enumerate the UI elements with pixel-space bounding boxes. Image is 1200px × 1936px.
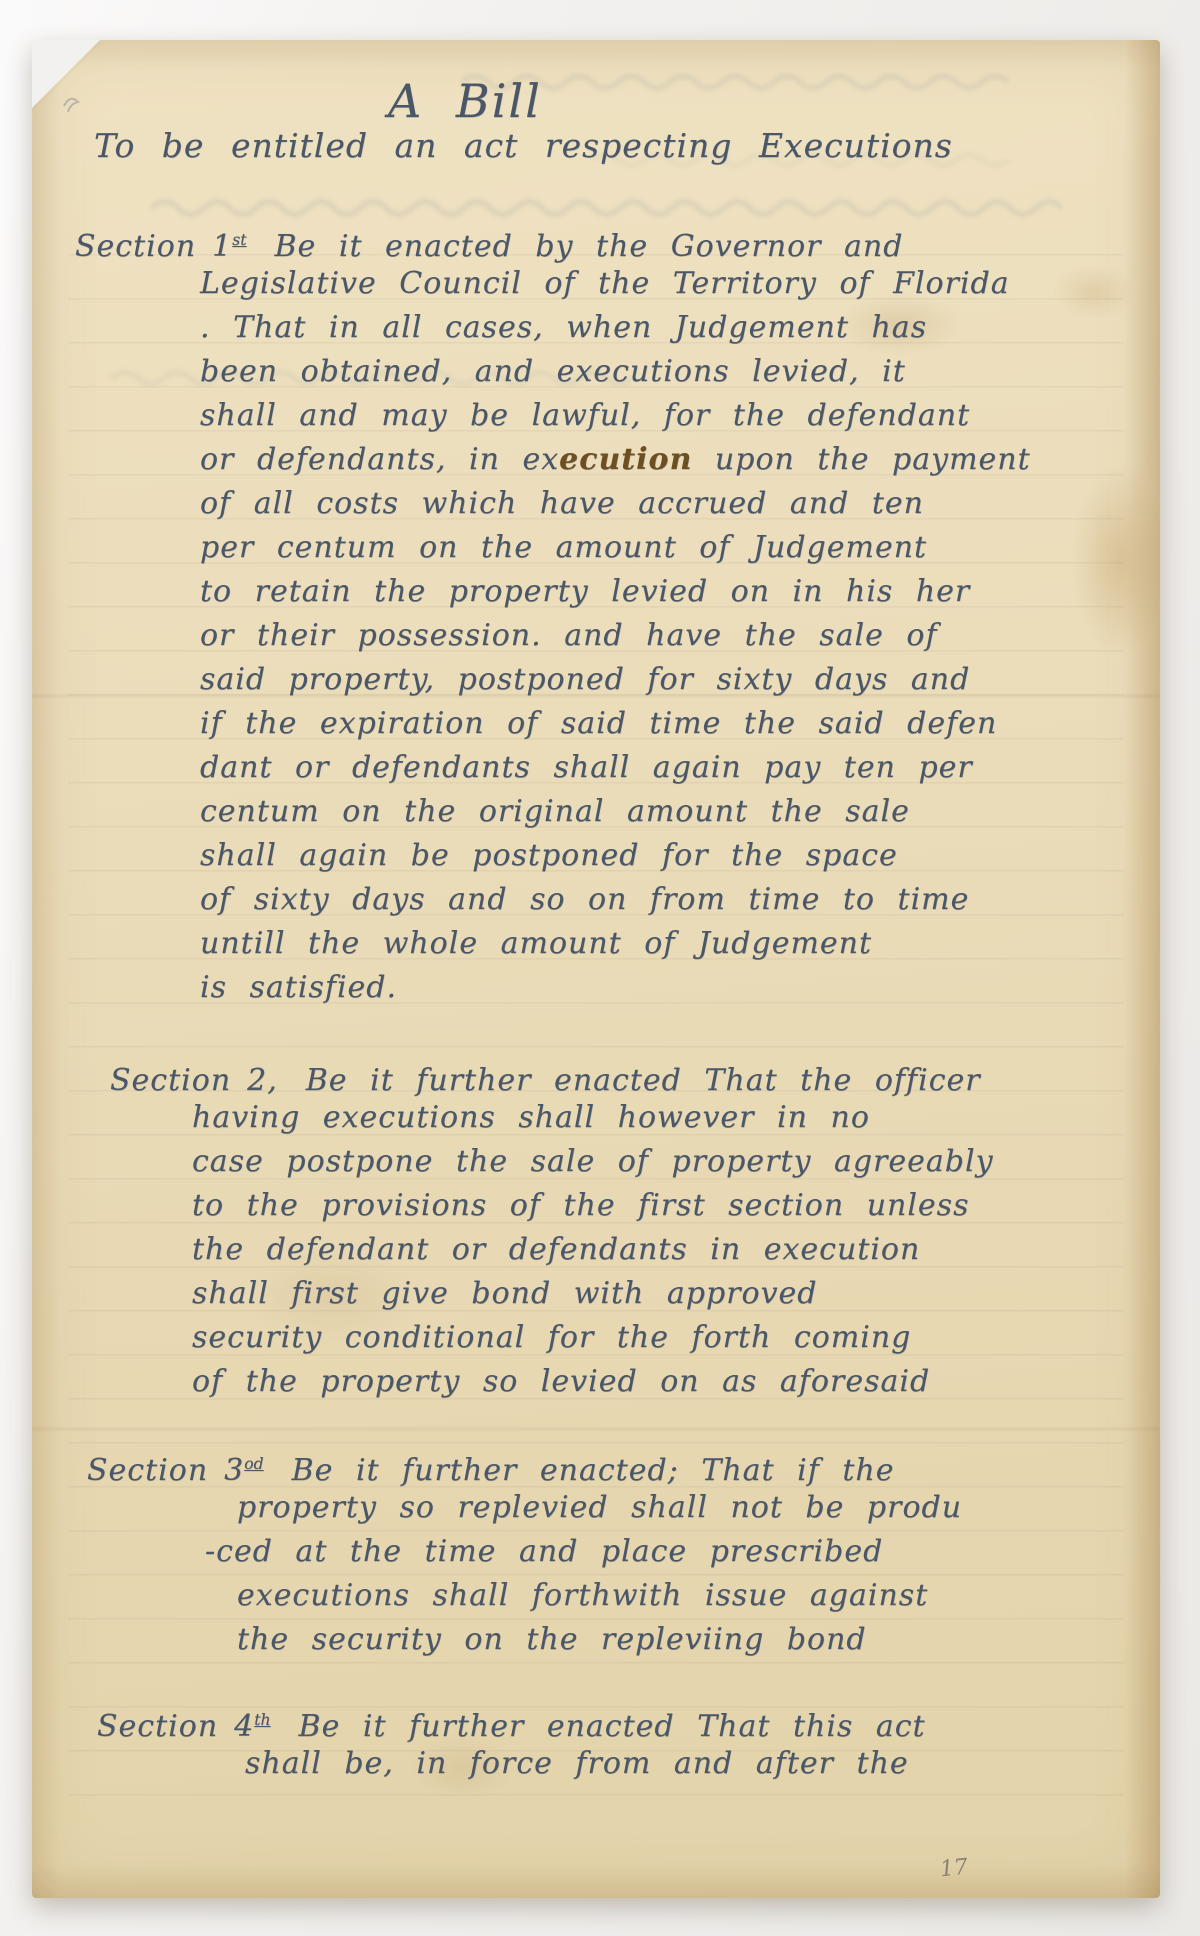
- manuscript-line: or their possession. and have the sale o…: [75, 614, 1031, 658]
- manuscript-line: case postpone the sale of property agree…: [110, 1140, 994, 1184]
- section-number: 2,: [247, 1063, 278, 1098]
- manuscript-line: is satisfied.: [75, 966, 1031, 1010]
- document-subtitle: To be entitled an act respecting Executi…: [94, 126, 953, 165]
- manuscript-line: the security on the repleviing bond: [87, 1618, 962, 1662]
- section-number: 1: [212, 229, 232, 264]
- section-2-heading: Section2,Be it further enacted That the …: [110, 1052, 994, 1096]
- line-text: or defendants, in ex: [200, 442, 559, 477]
- manuscript-line: dant or defendants shall again pay ten p…: [75, 746, 1031, 790]
- section-1: Section1stBe it enacted by the Governor …: [75, 218, 1031, 1010]
- manuscript-line: shall again be postponed for the space: [75, 834, 1031, 878]
- scanned-document-photo: A Bill To be entitled an act respecting …: [0, 0, 1200, 1936]
- section-label: Section: [75, 229, 196, 264]
- manuscript-line: the defendant or defendants in execution: [110, 1228, 994, 1272]
- section-1-heading: Section1stBe it enacted by the Governor …: [75, 218, 1031, 262]
- manuscript-line: of all costs which have accrued and ten: [75, 482, 1031, 526]
- manuscript-line: shall be, in force from and after the: [97, 1742, 926, 1786]
- manuscript-line: property so replevied shall not be produ: [87, 1486, 962, 1530]
- section-number: 4: [234, 1709, 254, 1744]
- manuscript-line: to retain the property levied on in his …: [75, 570, 1031, 614]
- section-ordinal-suffix: st: [232, 231, 246, 249]
- section-4: Section4thBe it further enacted That thi…: [97, 1698, 926, 1786]
- section-label: Section: [110, 1063, 231, 1098]
- manuscript-line: executions shall forthwith issue against: [87, 1574, 962, 1618]
- manuscript-line: untill the whole amount of Judgement: [75, 922, 1031, 966]
- manuscript-line: said property, postponed for sixty days …: [75, 658, 1031, 702]
- manuscript-line-with-correction: or defendants, in execution upon the pay…: [75, 438, 1031, 482]
- manuscript-line: of sixty days and so on from time to tim…: [75, 878, 1031, 922]
- page-number: 17: [939, 1855, 969, 1883]
- section-number: 3: [224, 1453, 244, 1488]
- section-3: Section3odBe it further enacted; That if…: [87, 1442, 962, 1662]
- section-2: Section2,Be it further enacted That the …: [110, 1052, 994, 1404]
- manuscript-line: shall and may be lawful, for the defenda…: [75, 394, 1031, 438]
- manuscript-line: Legislative Council of the Territory of …: [75, 262, 1031, 306]
- section-opening-text: Be it further enacted That the officer: [306, 1063, 981, 1098]
- manuscript-line: been obtained, and executions levied, it: [75, 350, 1031, 394]
- manuscript-line: per centum on the amount of Judgement: [75, 526, 1031, 570]
- section-label: Section: [87, 1453, 208, 1488]
- section-ordinal-suffix: th: [254, 1711, 270, 1729]
- line-text: upon the payment: [692, 442, 1030, 477]
- manuscript-line: to the provisions of the first section u…: [110, 1184, 994, 1228]
- manuscript-line: centum on the original amount the sale: [75, 790, 1031, 834]
- manuscript-line: if the expiration of said time the said …: [75, 702, 1031, 746]
- section-label: Section: [97, 1709, 218, 1744]
- section-opening-text: Be it further enacted; That if the: [292, 1453, 895, 1488]
- document-title: A Bill: [388, 74, 542, 128]
- manuscript-line: -ced at the time and place prescribed: [87, 1530, 962, 1574]
- section-opening-text: Be it further enacted That this act: [299, 1709, 926, 1744]
- manuscript-line: having executions shall however in no: [110, 1096, 994, 1140]
- section-3-heading: Section3odBe it further enacted; That if…: [87, 1442, 962, 1486]
- section-opening-text: Be it enacted by the Governor and: [275, 229, 904, 264]
- manuscript-paper: A Bill To be entitled an act respecting …: [32, 40, 1160, 1898]
- section-ordinal-suffix: od: [244, 1455, 263, 1473]
- manuscript-line: shall first give bond with approved: [110, 1272, 994, 1316]
- manuscript-line: of the property so levied on as aforesai…: [110, 1360, 994, 1404]
- overwritten-correction: ecution: [559, 442, 692, 477]
- manuscript-line: security conditional for the forth comin…: [110, 1316, 994, 1360]
- manuscript-line: . That in all cases, when Judgement has: [75, 306, 1031, 350]
- section-4-heading: Section4thBe it further enacted That thi…: [97, 1698, 926, 1742]
